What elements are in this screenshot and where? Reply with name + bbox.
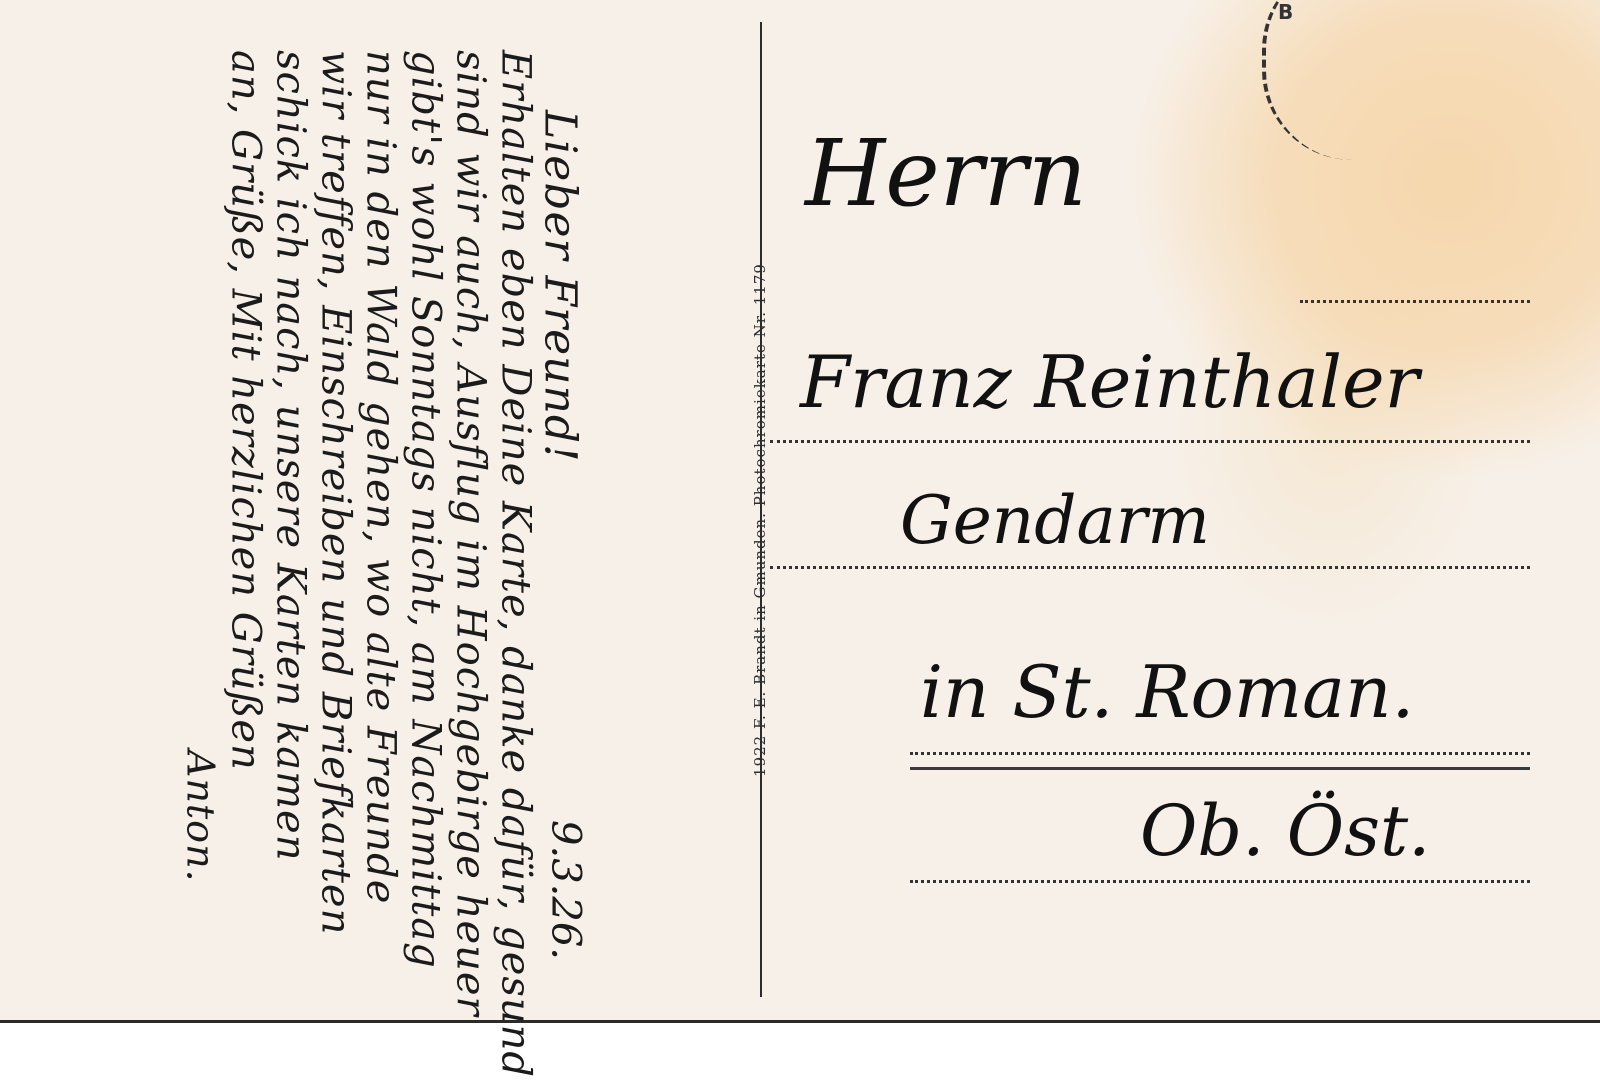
address-rule (910, 767, 1530, 770)
message-line: wir treffen, Einschreiben und Briefkarte… (313, 50, 358, 970)
address-occupation: Gendarm (900, 482, 1210, 559)
message-date: 9.3.26. (543, 820, 589, 960)
handwritten-message: Lieber Freund! 9.3.26. Erhalten eben Dei… (178, 50, 583, 970)
postcard-back: B 1922 F. E. Brandt in Gmunden. Photochr… (0, 0, 1600, 1023)
address-line-4 (910, 880, 1530, 883)
message-line: gibt's wohl Sonntags nicht, am Nachmitta… (403, 50, 448, 970)
publisher-imprint: 1922 F. E. Brandt in Gmunden. Photochrom… (751, 263, 769, 777)
address-name: Franz Reinthaler (800, 340, 1419, 424)
address-line-0 (1300, 300, 1530, 303)
message-line: schick ich nach, unsere Karten kamen (268, 50, 313, 970)
message-line: nur in den Wald gehen, wo alte Freunde (358, 50, 403, 970)
address-line-3 (910, 752, 1530, 755)
postmark-stamp (1262, 0, 1356, 160)
address-salutation: Herrn (805, 120, 1087, 227)
postmark-text: B (1278, 0, 1293, 24)
address-region: Ob. Öst. (1140, 790, 1430, 872)
message-line: Erhalten eben Deine Karte, danke dafür, … (493, 50, 538, 970)
message-signature: Anton. (178, 50, 223, 970)
address-place: in St. Roman. (920, 650, 1414, 734)
message-line: sind wir auch, Ausflug im Hochgebirge he… (448, 50, 493, 970)
address-line-1 (770, 440, 1530, 443)
message-line: an, Grüße, Mit herzlichen Grüßen (223, 50, 268, 970)
address-line-2 (770, 566, 1530, 569)
